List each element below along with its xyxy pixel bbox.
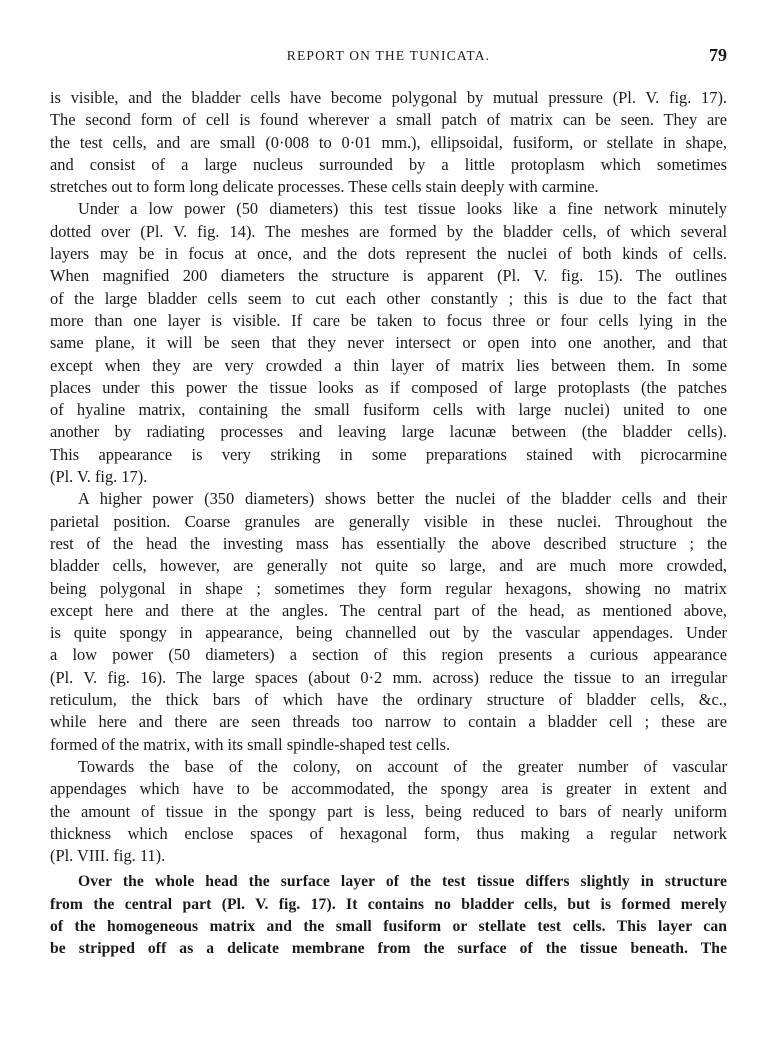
text-line: except here and there at the angles. The… (50, 600, 727, 622)
text-line: while here and there are seen threads to… (50, 711, 727, 733)
text-line: Towards the base of the colony, on accou… (50, 756, 727, 778)
text-line: the test cells, and are small (0·008 to … (50, 132, 727, 154)
text-line: A higher power (350 diameters) shows bet… (50, 488, 727, 510)
text-line: dotted over (Pl. V. fig. 14). The meshes… (50, 221, 727, 243)
text-line: parietal position. Coarse granules are g… (50, 511, 727, 533)
text-line: reticulum, the thick bars of which have … (50, 689, 727, 711)
text-line: a low power (50 diameters) a section of … (50, 644, 727, 666)
text-line: (Pl. V. fig. 17). (50, 466, 727, 488)
paragraph: Under a low power (50 diameters) this te… (50, 198, 727, 488)
text-line: be stripped off as a delicate membrane f… (50, 938, 727, 960)
text-line: When magnified 200 diameters the structu… (50, 265, 727, 287)
page-header: REPORT ON THE TUNICATA. 79 (50, 45, 727, 69)
text-line: except when they are very crowded a thin… (50, 355, 727, 377)
text-line: Over the whole head the surface layer of… (50, 871, 727, 893)
text-line: the amount of tissue in the spongy part … (50, 801, 727, 823)
text-line: of the homogeneous matrix and the small … (50, 916, 727, 938)
text-line: layers may be in focus at once, and the … (50, 243, 727, 265)
text-line: This appearance is very striking in some… (50, 444, 727, 466)
text-line: is visible, and the bladder cells have b… (50, 87, 727, 109)
text-line: stretches out to form long delicate proc… (50, 176, 727, 198)
paragraph: Towards the base of the colony, on accou… (50, 756, 727, 867)
text-line: is quite spongy in appearance, being cha… (50, 622, 727, 644)
paragraph: Over the whole head the surface layer of… (50, 871, 727, 960)
text-line: places under this power the tissue looks… (50, 377, 727, 399)
paragraph: A higher power (350 diameters) shows bet… (50, 488, 727, 756)
text-line: (Pl. VIII. fig. 11). (50, 845, 727, 867)
text-line: being polygonal in shape ; sometimes the… (50, 578, 727, 600)
text-line: formed of the matrix, with its small spi… (50, 734, 727, 756)
page-number: 79 (709, 45, 727, 66)
text-line: rest of the head the investing mass has … (50, 533, 727, 555)
text-line: of the large bladder cells seem to cut e… (50, 288, 727, 310)
text-line: same plane, it will be seen that they ne… (50, 332, 727, 354)
text-line: another by radiating processes and leavi… (50, 421, 727, 443)
text-line: appendages which have to be accommodated… (50, 778, 727, 800)
text-line: Under a low power (50 diameters) this te… (50, 198, 727, 220)
text-line: and consist of a large nucleus surrounde… (50, 154, 727, 176)
text-line: (Pl. V. fig. 16). The large spaces (abou… (50, 667, 727, 689)
body-text: is visible, and the bladder cells have b… (50, 87, 727, 961)
paragraph: is visible, and the bladder cells have b… (50, 87, 727, 198)
text-line: of hyaline matrix, containing the small … (50, 399, 727, 421)
text-line: from the central part (Pl. V. fig. 17). … (50, 894, 727, 916)
text-line: thickness which enclose spaces of hexago… (50, 823, 727, 845)
text-line: bladder cells, however, are generally no… (50, 555, 727, 577)
text-line: more than one layer is visible. If care … (50, 310, 727, 332)
text-line: The second form of cell is found whereve… (50, 109, 727, 131)
running-title: REPORT ON THE TUNICATA. (50, 48, 727, 64)
